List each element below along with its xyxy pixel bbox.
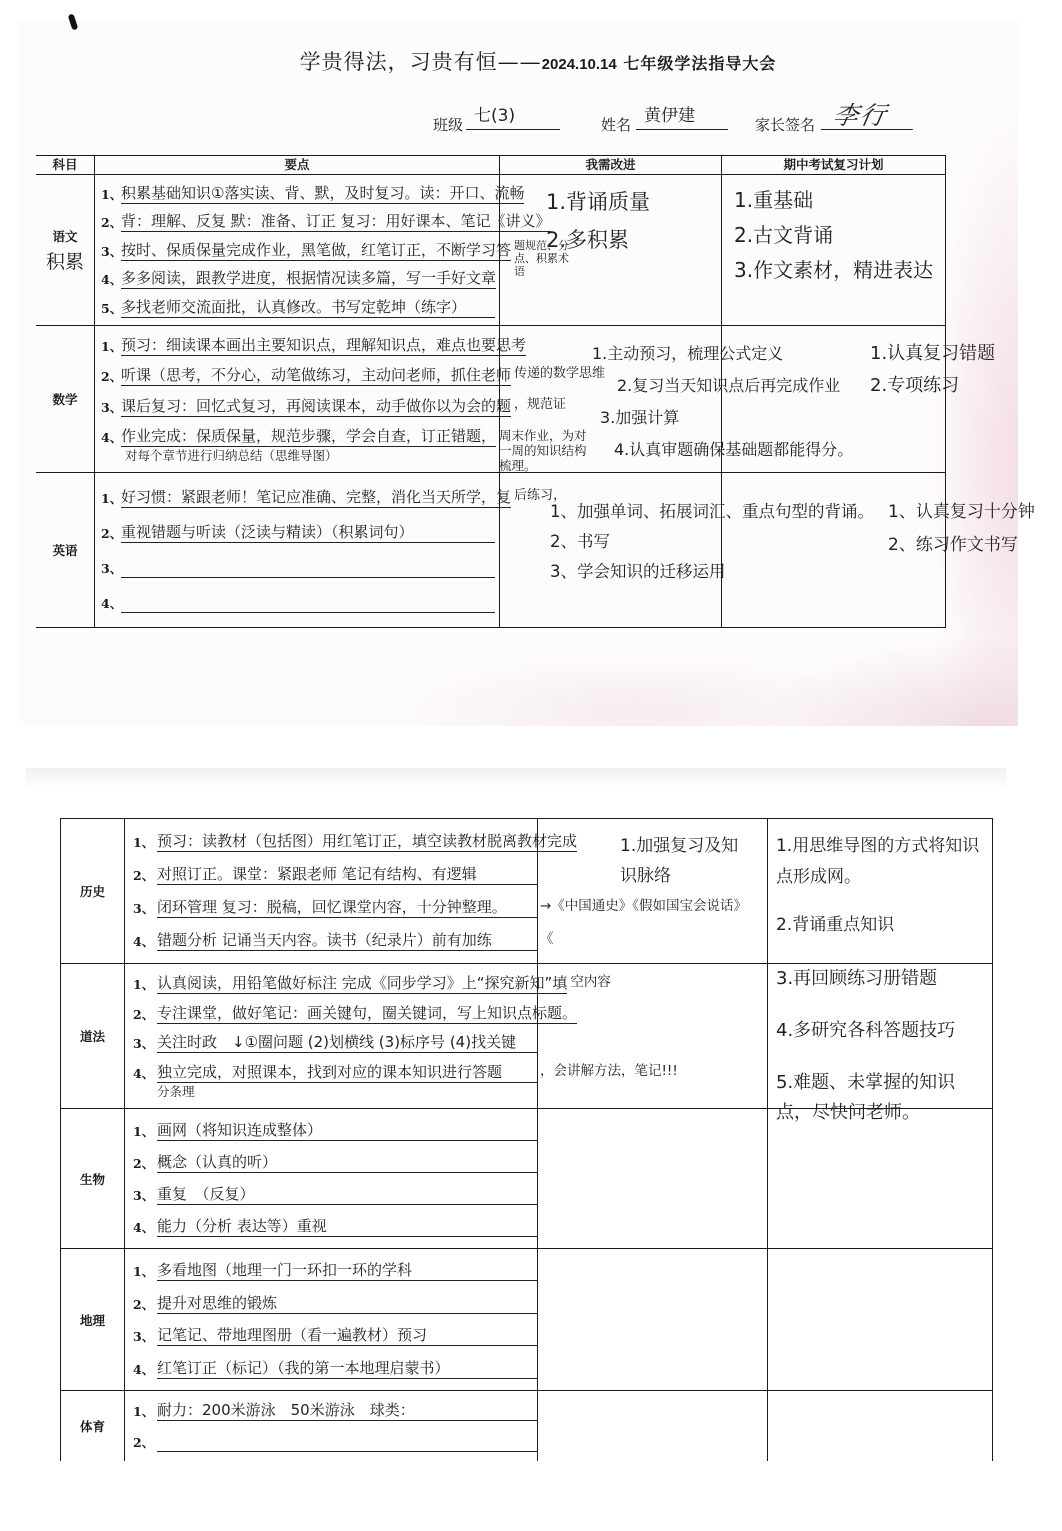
key-point-underline: 独立完成，对照课本，找到对应的课本知识进行答题，会讲解方法，笔记!!! xyxy=(157,1062,537,1083)
key-point-item: 1、预习：细读课本画出主要知识点，理解知识点，难点也要思考 xyxy=(101,335,495,356)
header-midterm-plan: 期中考试复习计划 xyxy=(722,155,946,175)
key-point-line: 4、多多阅读，跟教学进度，根据情况读多篇，写一手好文章 xyxy=(101,268,495,289)
plan-item: 3.再回顾练习册错题 xyxy=(776,964,986,994)
key-point-line: 5、多找老师交流面批，认真修改。书写定乾坤（练字） xyxy=(101,297,495,318)
key-point-line: 1、积累基础知识①落实读、背、默，及时复习。读：开口、流畅 xyxy=(101,183,495,204)
subject-label: 数学 xyxy=(52,390,77,408)
key-point-underline: 多看地图（地理一门一环扣一环的学科 xyxy=(157,1260,537,1281)
key-point-underline: 课后复习：回忆式复习，再阅读课本，动手做你以为会的题，规范证 xyxy=(121,396,511,417)
key-point-underline: 对照订正。课堂：紧跟老师 笔记有结构、有逻辑 xyxy=(157,864,537,885)
key-point-underline: 重视错题与听读（泛读与精读）（积累词句） xyxy=(121,522,495,543)
key-point-item: 2、背：理解、反复 默：准备、订正 复习：用好课本、笔记《讲义》 xyxy=(101,211,495,232)
key-point-item: 3、重复 （反复） xyxy=(133,1184,537,1205)
key-point-number: 4、 xyxy=(101,271,121,289)
key-point-text: 好习惯：紧跟老师！笔记应准确、完整，消化当天所学，复 xyxy=(121,488,511,506)
key-point-line: 4、红笔订正（标记）（我的第一本地理启蒙书） xyxy=(133,1358,537,1379)
key-points-cell: 1、耐力：200米游泳 50米游泳 球类：2、 xyxy=(125,1391,538,1461)
key-point-underline: 多多阅读，跟教学进度，根据情况读多篇，写一手好文章 xyxy=(121,268,496,289)
key-point-sub-note: 分条理 xyxy=(133,1084,537,1099)
key-point-line: 3、闭环管理 复习：脱稿，回忆课堂内容，十分钟整理。→《中国通史》《假如国宝会说… xyxy=(133,897,537,918)
subject-label: 生物 xyxy=(80,1170,105,1188)
key-point-item: 4、 xyxy=(101,592,495,613)
midterm-plan-cell: 3.再回顾练习册错题4.多研究各科答题技巧5.难题、未掌握的知识点，尽快问老师。 xyxy=(768,964,993,1109)
key-point-number: 1、 xyxy=(133,1263,157,1281)
key-point-number: 4、 xyxy=(133,933,157,951)
key-point-line: 1、认真阅读，用铅笔做好标注 完成《同步学习》上“探究新知”填空内容 xyxy=(133,973,537,994)
key-points-cell: 1、多看地图（地理一门一环扣一环的学科2、提升对思维的锻炼3、记笔记、带地理图册… xyxy=(125,1249,538,1391)
subject-label: 语文 xyxy=(52,227,77,245)
key-point-underline: 画网（将知识连成整体） xyxy=(157,1120,537,1141)
key-point-underline: 能力（分析 表达等）重视 xyxy=(157,1216,537,1237)
key-point-underline: 听课（思考，不分心，动笔做练习，主动问老师，抓住老师传递的数学思维 xyxy=(121,365,511,386)
key-point-text: 耐力：200米游泳 50米游泳 球类： xyxy=(157,1401,415,1419)
key-point-line: 3、课后复习：回忆式复习，再阅读课本，动手做你以为会的题，规范证 xyxy=(101,396,495,417)
key-point-line: 2、重视错题与听读（泛读与精读）（积累词句） xyxy=(101,522,495,543)
key-point-line: 1、耐力：200米游泳 50米游泳 球类： xyxy=(133,1400,537,1421)
key-point-text: 预习：读教材（包括图）用红笔订正，填空读教材脱离教材完成 xyxy=(157,832,577,850)
key-point-item: 4、独立完成，对照课本，找到对应的课本知识进行答题，会讲解方法，笔记!!!分条理 xyxy=(133,1062,537,1099)
key-point-item: 1、画网（将知识连成整体） xyxy=(133,1120,537,1141)
key-point-number: 1、 xyxy=(101,186,121,204)
key-point-line: 4、作业完成：保质保量，规范步骤，学会自查，订正错题，周末作业，为对一周的知识结… xyxy=(101,426,495,447)
key-point-line: 1、预习：读教材（包括图）用红笔订正，填空读教材脱离教材完成 xyxy=(133,831,537,852)
key-point-line: 3、记笔记、带地理图册（看一遍教材）预习 xyxy=(133,1325,537,1346)
subject-cell: 数学 xyxy=(36,326,95,473)
key-point-text: 关注时政 ↓①圈问题 (2)划横线 (3)标序号 (4)找关键 xyxy=(157,1033,516,1051)
subject-label: 英语 xyxy=(52,541,77,559)
key-point-underline: 错题分析 记诵当天内容。读书（纪录片）前有加练《 xyxy=(157,930,537,951)
header-improvements: 我需改进 xyxy=(500,155,722,175)
key-point-text: 闭环管理 复习：脱稿，回忆课堂内容，十分钟整理。 xyxy=(157,898,507,916)
key-point-text: 概念（认真的听） xyxy=(157,1153,277,1171)
key-point-item: 1、预习：读教材（包括图）用红笔订正，填空读教材脱离教材完成 xyxy=(133,831,537,852)
title-event: 七年级学法指导大会 xyxy=(617,54,777,73)
key-points-cell: 1、认真阅读，用铅笔做好标注 完成《同步学习》上“探究新知”填空内容2、专注课堂… xyxy=(125,964,538,1109)
key-point-text: 错题分析 记诵当天内容。读书（纪录片）前有加练 xyxy=(157,931,492,949)
key-point-text: 提升对思维的锻炼 xyxy=(157,1294,277,1312)
key-point-number: 4、 xyxy=(133,1361,157,1379)
key-point-number: 3、 xyxy=(101,560,121,578)
key-point-line: 3、按时、保质保量完成作业，黑笔做，红笔订正，不断学习答题规范、分点、积累术语 xyxy=(101,240,495,261)
key-point-number: 4、 xyxy=(101,429,121,447)
key-point-line: 3、 xyxy=(101,557,495,578)
key-point-line: 2、 xyxy=(133,1431,537,1452)
improvements-cell xyxy=(538,1109,768,1249)
key-point-number: 3、 xyxy=(101,399,121,417)
subject-label: 历史 xyxy=(80,882,105,900)
subject-cell: 生物 xyxy=(60,1109,125,1249)
key-point-item: 4、错题分析 记诵当天内容。读书（纪录片）前有加练《 xyxy=(133,930,537,951)
key-point-item: 2、听课（思考，不分心，动笔做练习，主动问老师，抓住老师传递的数学思维 xyxy=(101,365,495,386)
midterm-plan-cell: 1.用思维导图的方式将知识点形成网。2.背诵重点知识 xyxy=(768,819,993,964)
key-point-underline: 预习：读教材（包括图）用红笔订正，填空读教材脱离教材完成 xyxy=(157,831,577,852)
key-point-line: 3、重复 （反复） xyxy=(133,1184,537,1205)
midterm-plan-cell xyxy=(768,1109,993,1249)
study-plan-table-page-1: 科目 要点 我需改进 期中考试复习计划 语文积累1、积累基础知识①落实读、背、默… xyxy=(36,155,946,628)
key-point-underline xyxy=(121,592,495,613)
midterm-plan-cell xyxy=(768,1391,993,1461)
improvement-item: 2.多积累 xyxy=(546,221,721,259)
key-point-item: 1、认真阅读，用铅笔做好标注 完成《同步学习》上“探究新知”填空内容 xyxy=(133,973,537,994)
key-point-text: 画网（将知识连成整体） xyxy=(157,1121,322,1139)
title-main: 学贵得法，习贵有恒—— xyxy=(300,50,542,74)
key-point-item: 5、多找老师交流面批，认真修改。书写定乾坤（练字） xyxy=(101,297,495,318)
key-point-item: 3、闭环管理 复习：脱稿，回忆课堂内容，十分钟整理。→《中国通史》《假如国宝会说… xyxy=(133,897,537,918)
key-point-number: 1、 xyxy=(133,834,157,852)
key-point-underline: 闭环管理 复习：脱稿，回忆课堂内容，十分钟整理。→《中国通史》《假如国宝会说话》 xyxy=(157,897,537,918)
key-point-number: 3、 xyxy=(101,243,121,261)
key-point-item: 2、重视错题与听读（泛读与精读）（积累词句） xyxy=(101,522,495,543)
key-point-line: 1、画网（将知识连成整体） xyxy=(133,1120,537,1141)
plan-item: 2.背诵重点知识 xyxy=(776,910,986,941)
key-point-number: 2、 xyxy=(133,1434,157,1452)
improvements-cell: 1.主动预习，梳理公式定义2.复习当天知识点后再完成作业3.加强计算4.认真审题… xyxy=(500,326,722,473)
key-point-underline: 好习惯：紧跟老师！笔记应准确、完整，消化当天所学，复后练习， xyxy=(121,487,511,508)
key-point-item: 2、专注课堂，做好笔记：画关键句，圈关键词，写上知识点标题。 xyxy=(133,1003,537,1024)
key-point-number: 2、 xyxy=(133,867,157,885)
key-point-number: 4、 xyxy=(101,595,121,613)
key-point-line: 4、 xyxy=(101,592,495,613)
key-point-number: 4、 xyxy=(133,1219,157,1237)
midterm-plan-cell: 1.重基础2.古文背诵3.作文素材，精进表达 xyxy=(722,175,946,326)
key-point-line: 2、专注课堂，做好笔记：画关键句，圈关键词，写上知识点标题。 xyxy=(133,1003,537,1024)
key-point-underline: 记笔记、带地理图册（看一遍教材）预习 xyxy=(157,1325,537,1346)
key-point-item: 4、红笔订正（标记）（我的第一本地理启蒙书） xyxy=(133,1358,537,1379)
key-point-text: 独立完成，对照课本，找到对应的课本知识进行答题 xyxy=(157,1063,502,1081)
improvement-item: 1.主动预习，梳理公式定义 xyxy=(592,338,721,370)
study-plan-table-page-2: 历史1、预习：读教材（包括图）用红笔订正，填空读教材脱离教材完成2、对照订正。课… xyxy=(60,818,993,1461)
parent-signature-label: 家长签名 xyxy=(755,114,815,135)
plan-item: 2.专项练习 xyxy=(870,370,945,402)
key-point-text: 预习：细读课本画出主要知识点，理解知识点，难点也要思考 xyxy=(121,336,526,354)
key-point-number: 3、 xyxy=(133,1035,157,1053)
plan-item: 4.多研究各科答题技巧 xyxy=(776,1016,986,1046)
key-point-line: 4、独立完成，对照课本，找到对应的课本知识进行答题，会讲解方法，笔记!!! xyxy=(133,1062,537,1083)
parent-signature-field: 李行 xyxy=(821,104,918,130)
key-point-number: 3、 xyxy=(133,1187,157,1205)
key-point-item: 3、按时、保质保量完成作业，黑笔做，红笔订正，不断学习答题规范、分点、积累术语 xyxy=(101,240,495,261)
key-point-item: 1、耐力：200米游泳 50米游泳 球类： xyxy=(133,1400,537,1421)
key-point-underline: 概念（认真的听） xyxy=(157,1152,537,1173)
improvement-item: 3.加强计算 xyxy=(600,402,721,434)
key-point-item: 3、记笔记、带地理图册（看一遍教材）预习 xyxy=(133,1325,537,1346)
improvements-cell xyxy=(538,1391,768,1461)
key-point-text: 课后复习：回忆式复习，再阅读课本，动手做你以为会的题 xyxy=(121,397,511,415)
class-label: 班级 xyxy=(433,114,463,135)
header-key-points: 要点 xyxy=(95,155,500,175)
key-point-number: 2、 xyxy=(101,525,121,543)
key-point-text: 多多阅读，跟教学进度，根据情况读多篇，写一手好文章 xyxy=(121,269,496,287)
key-point-underline: 多找老师交流面批，认真修改。书写定乾坤（练字） xyxy=(121,297,495,318)
title-date: 2024.10.14 xyxy=(542,56,617,73)
key-point-number: 2、 xyxy=(133,1296,157,1314)
key-point-line: 4、错题分析 记诵当天内容。读书（纪录片）前有加练《 xyxy=(133,930,537,951)
key-point-item: 2、对照订正。课堂：紧跟老师 笔记有结构、有逻辑 xyxy=(133,864,537,885)
key-point-item: 1、积累基础知识①落实读、背、默，及时复习。读：开口、流畅 xyxy=(101,183,495,204)
plan-item: 3.作文素材，精进表达 xyxy=(734,253,945,288)
key-point-number: 1、 xyxy=(133,976,157,994)
key-point-number: 2、 xyxy=(133,1155,157,1173)
key-point-number: 1、 xyxy=(133,1123,157,1141)
key-point-item: 1、好习惯：紧跟老师！笔记应准确、完整，消化当天所学，复后练习， xyxy=(101,487,495,508)
key-point-number: 1、 xyxy=(101,490,121,508)
subject-cell: 体育 xyxy=(60,1391,125,1461)
key-point-text: 重复 （反复） xyxy=(157,1185,255,1203)
key-point-underline: 耐力：200米游泳 50米游泳 球类： xyxy=(157,1400,537,1421)
key-point-text: 积累基础知识①落实读、背、默，及时复习。读：开口、流畅 xyxy=(121,184,524,202)
key-point-item: 2、 xyxy=(133,1431,537,1452)
key-point-text: 红笔订正（标记）（我的第一本地理启蒙书） xyxy=(157,1359,450,1377)
subject-label: 体育 xyxy=(80,1417,105,1435)
key-point-line: 4、能力（分析 表达等）重视 xyxy=(133,1216,537,1237)
key-point-underline: 作业完成：保质保量，规范步骤，学会自查，订正错题，周末作业，为对一周的知识结构梳… xyxy=(121,426,496,447)
key-point-line: 2、对照订正。课堂：紧跟老师 笔记有结构、有逻辑 xyxy=(133,864,537,885)
key-point-line: 2、提升对思维的锻炼 xyxy=(133,1293,537,1314)
midterm-plan-cell: 1、认真复习十分钟2、练习作文书写 xyxy=(722,473,946,628)
key-point-item: 3、关注时政 ↓①圈问题 (2)划横线 (3)标序号 (4)找关键 xyxy=(133,1032,537,1053)
key-point-item: 4、能力（分析 表达等）重视 xyxy=(133,1216,537,1237)
subject-cell: 语文积累 xyxy=(36,175,95,326)
key-points-cell: 1、预习：细读课本画出主要知识点，理解知识点，难点也要思考2、听课（思考，不分心… xyxy=(95,326,500,473)
key-point-text: 背：理解、反复 默：准备、订正 复习：用好课本、笔记《讲义》 xyxy=(121,212,551,230)
midterm-plan-cell: 1.认真复习错题2.专项练习 xyxy=(722,326,946,473)
key-point-number: 1、 xyxy=(133,1403,157,1421)
improvements-cell xyxy=(538,1249,768,1391)
key-point-underline: 重复 （反复） xyxy=(157,1184,537,1205)
improvements-cell: 1.背诵质量2.多积累 xyxy=(500,175,722,326)
subject-handwritten-note: 积累 xyxy=(46,247,84,274)
scan-mark xyxy=(68,13,79,30)
plan-item: 1.重基础 xyxy=(734,183,945,218)
key-point-line: 1、多看地图（地理一门一环扣一环的学科 xyxy=(133,1260,537,1281)
key-point-text: 作业完成：保质保量，规范步骤，学会自查，订正错题， xyxy=(121,427,496,445)
plan-item: 2、练习作文书写 xyxy=(888,529,945,562)
key-point-underline xyxy=(121,557,495,578)
name-field: 黄伊建 xyxy=(636,104,728,130)
key-point-number: 2、 xyxy=(101,214,121,232)
key-point-text: 重视错题与听读（泛读与精读）（积累词句） xyxy=(121,523,414,541)
key-point-number: 4、 xyxy=(133,1065,157,1083)
key-point-item: 3、课后复习：回忆式复习，再阅读课本，动手做你以为会的题，规范证 xyxy=(101,396,495,417)
key-point-item: 4、多多阅读，跟教学进度，根据情况读多篇，写一手好文章 xyxy=(101,268,495,289)
improvements-cell: 1、加强单词、拓展词汇、重点句型的背诵。2、书写3、学会知识的迁移运用 xyxy=(500,473,722,628)
key-point-item: 3、 xyxy=(101,557,495,578)
key-point-number: 5、 xyxy=(101,300,121,318)
improvement-item: 2、书写 xyxy=(550,527,721,557)
improvement-item: 3、学会知识的迁移运用 xyxy=(550,557,721,587)
key-point-number: 3、 xyxy=(133,1328,157,1346)
key-point-number: 2、 xyxy=(133,1006,157,1024)
key-point-item: 1、多看地图（地理一门一环扣一环的学科 xyxy=(133,1260,537,1281)
key-point-text: 多找老师交流面批，认真修改。书写定乾坤（练字） xyxy=(121,298,466,316)
key-point-text: 能力（分析 表达等）重视 xyxy=(157,1217,327,1235)
improvements-cell: 1.加强复习及知识脉络 xyxy=(538,819,768,964)
key-point-underline: 预习：细读课本画出主要知识点，理解知识点，难点也要思考 xyxy=(121,335,526,356)
key-point-text: 认真阅读，用铅笔做好标注 完成《同步学习》上“探究新知”填 xyxy=(157,974,567,992)
subject-label: 地理 xyxy=(80,1311,105,1329)
subject-label: 道法 xyxy=(80,1027,105,1045)
key-point-text: 对照订正。课堂：紧跟老师 笔记有结构、有逻辑 xyxy=(157,865,477,883)
key-point-text: 多看地图（地理一门一环扣一环的学科 xyxy=(157,1261,412,1279)
key-point-underline: 红笔订正（标记）（我的第一本地理启蒙书） xyxy=(157,1358,537,1379)
key-point-number: 1、 xyxy=(101,338,121,356)
key-point-sub-note: 对每个章节进行归纳总结（思维导图） xyxy=(101,448,495,463)
plan-item: 1.用思维导图的方式将知识点形成网。 xyxy=(776,831,986,893)
key-point-line: 2、听课（思考，不分心，动笔做练习，主动问老师，抓住老师传递的数学思维 xyxy=(101,365,495,386)
key-point-item: 4、作业完成：保质保量，规范步骤，学会自查，订正错题，周末作业，为对一周的知识结… xyxy=(101,426,495,463)
key-point-line: 3、关注时政 ↓①圈问题 (2)划横线 (3)标序号 (4)找关键 xyxy=(133,1032,537,1053)
key-point-line: 2、背：理解、反复 默：准备、订正 复习：用好课本、笔记《讲义》 xyxy=(101,211,495,232)
document-title: 学贵得法，习贵有恒——2024.10.14 七年级学法指导大会 xyxy=(18,46,1058,76)
subject-cell: 道法 xyxy=(60,964,125,1109)
key-point-line: 2、概念（认真的听） xyxy=(133,1152,537,1173)
subject-cell: 英语 xyxy=(36,473,95,628)
midterm-plan-cell xyxy=(768,1249,993,1391)
key-point-underline: 按时、保质保量完成作业，黑笔做，红笔订正，不断学习答题规范、分点、积累术语 xyxy=(121,240,511,261)
name-label: 姓名 xyxy=(601,114,631,135)
header-subject: 科目 xyxy=(36,155,95,175)
key-point-number: 2、 xyxy=(101,368,121,386)
subject-cell: 历史 xyxy=(60,819,125,964)
key-point-number: 3、 xyxy=(133,900,157,918)
key-points-cell: 1、积累基础知识①落实读、背、默，及时复习。读：开口、流畅2、背：理解、反复 默… xyxy=(95,175,500,326)
key-point-item: 2、提升对思维的锻炼 xyxy=(133,1293,537,1314)
key-point-underline: 积累基础知识①落实读、背、默，及时复习。读：开口、流畅 xyxy=(121,183,524,204)
improvement-item: 2.复习当天知识点后再完成作业 xyxy=(617,370,721,402)
key-point-underline: 认真阅读，用铅笔做好标注 完成《同步学习》上“探究新知”填空内容 xyxy=(157,973,567,994)
key-point-text: 按时、保质保量完成作业，黑笔做，红笔订正，不断学习答 xyxy=(121,241,511,259)
plan-item: 1.认真复习错题 xyxy=(870,338,945,370)
key-points-cell: 1、画网（将知识连成整体）2、概念（认真的听）3、重复 （反复）4、能力（分析 … xyxy=(125,1109,538,1249)
key-point-underline: 背：理解、反复 默：准备、订正 复习：用好课本、笔记《讲义》 xyxy=(121,211,551,232)
improvement-item: 1、加强单词、拓展词汇、重点句型的背诵。 xyxy=(550,497,721,527)
key-points-cell: 1、好习惯：紧跟老师！笔记应准确、完整，消化当天所学，复后练习，2、重视错题与听… xyxy=(95,473,500,628)
improvement-item: 1.加强复习及知识脉络 xyxy=(620,831,748,891)
plan-item: 1、认真复习十分钟 xyxy=(888,496,945,529)
key-point-line: 1、预习：细读课本画出主要知识点，理解知识点，难点也要思考 xyxy=(101,335,495,356)
plan-item: 2.古文背诵 xyxy=(734,218,945,253)
key-point-text: 专注课堂，做好笔记：画关键句，圈关键词，写上知识点标题。 xyxy=(157,1004,577,1022)
key-point-underline: 关注时政 ↓①圈问题 (2)划横线 (3)标序号 (4)找关键 xyxy=(157,1032,537,1053)
key-point-line: 1、好习惯：紧跟老师！笔记应准确、完整，消化当天所学，复后练习， xyxy=(101,487,495,508)
improvement-item: 1.背诵质量 xyxy=(546,183,721,221)
key-point-underline: 专注课堂，做好笔记：画关键句，圈关键词，写上知识点标题。 xyxy=(157,1003,577,1024)
key-point-item: 2、概念（认真的听） xyxy=(133,1152,537,1173)
improvements-cell xyxy=(538,964,768,1109)
key-points-cell: 1、预习：读教材（包括图）用红笔订正，填空读教材脱离教材完成2、对照订正。课堂：… xyxy=(125,819,538,964)
key-point-underline: 提升对思维的锻炼 xyxy=(157,1293,537,1314)
key-point-underline xyxy=(157,1431,537,1452)
improvement-item: 4.认真审题确保基础题都能得分。 xyxy=(614,434,721,466)
key-point-text: 记笔记、带地理图册（看一遍教材）预习 xyxy=(157,1326,427,1344)
key-point-text: 听课（思考，不分心，动笔做练习，主动问老师，抓住老师 xyxy=(121,366,511,384)
subject-cell: 地理 xyxy=(60,1249,125,1391)
class-field: 七(3) xyxy=(466,104,560,130)
